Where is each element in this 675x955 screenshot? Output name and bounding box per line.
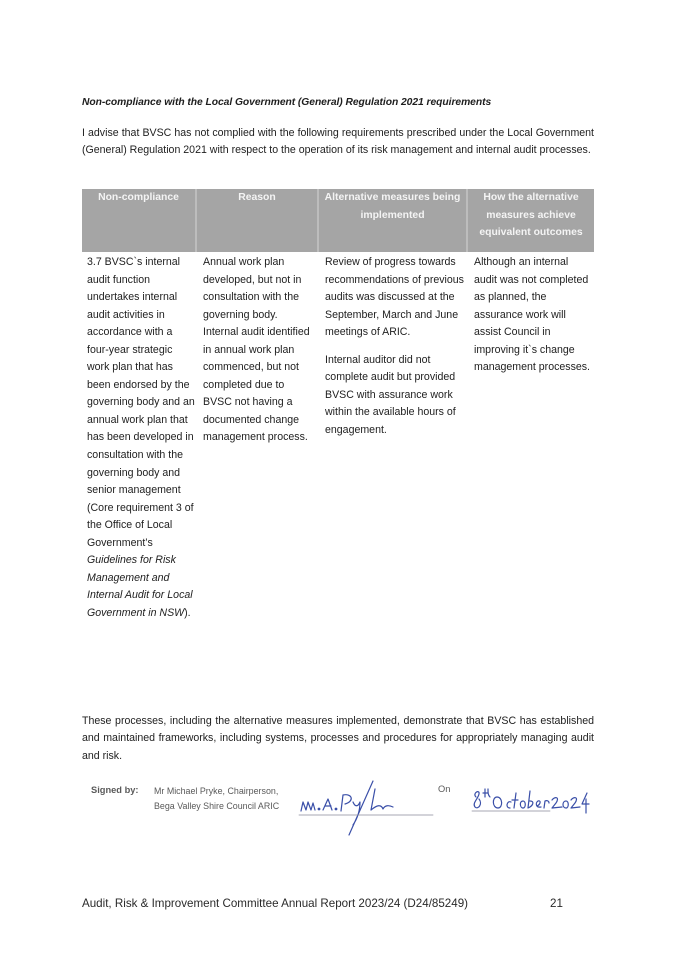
header-non-compliance: Non-compliance — [82, 189, 197, 252]
table-header-row: Non-compliance Reason Alternative measur… — [82, 189, 594, 252]
cell-non-compliance: 3.7 BVSC`s internal audit function under… — [82, 252, 197, 622]
guidelines-title: Guidelines for Risk Management and Inter… — [87, 554, 193, 619]
header-equivalent-outcomes: How the alternative measures achieve equ… — [468, 189, 594, 252]
signed-by-label: Signed by: — [91, 785, 139, 795]
signer-line-1: Mr Michael Pryke, Chairperson, — [154, 784, 279, 799]
cell-reason: Annual work plan developed, but not in c… — [197, 252, 319, 622]
intro-paragraph: I advise that BVSC has not complied with… — [82, 125, 594, 160]
handwritten-date-icon — [470, 779, 590, 815]
signer-name: Mr Michael Pryke, Chairperson, Bega Vall… — [154, 784, 279, 813]
alternative-measure-2: Internal auditor did not complete audit … — [325, 352, 464, 440]
reason-text: Annual work plan developed, but not in c… — [203, 256, 310, 443]
closing-paragraph: These processes, including the alternati… — [82, 713, 594, 765]
header-reason: Reason — [197, 189, 319, 252]
cell-equivalent-outcomes: Although an internal audit was not compl… — [468, 252, 594, 622]
equivalent-outcomes-text: Although an internal audit was not compl… — [474, 256, 590, 373]
cell-alternative-measures: Review of progress towards recommendatio… — [319, 252, 468, 622]
section-heading: Non-compliance with the Local Government… — [82, 97, 594, 108]
non-compliance-text: 3.7 BVSC`s internal audit function under… — [87, 256, 195, 549]
header-alternative-measures: Alternative measures being implemented — [319, 189, 468, 252]
alternative-measure-1: Review of progress towards recommendatio… — [325, 254, 464, 342]
signer-line-2: Bega Valley Shire Council ARIC — [154, 799, 279, 814]
non-compliance-suffix: ). — [184, 607, 190, 619]
footer-title: Audit, Risk & Improvement Committee Annu… — [82, 897, 468, 910]
signature-block: Signed by: Mr Michael Pryke, Chairperson… — [82, 782, 594, 842]
on-label: On — [438, 784, 450, 794]
non-compliance-table: Non-compliance Reason Alternative measur… — [82, 189, 594, 622]
handwritten-signature-icon — [297, 777, 437, 839]
page-number: 21 — [550, 897, 563, 910]
table-row: 3.7 BVSC`s internal audit function under… — [82, 252, 594, 622]
